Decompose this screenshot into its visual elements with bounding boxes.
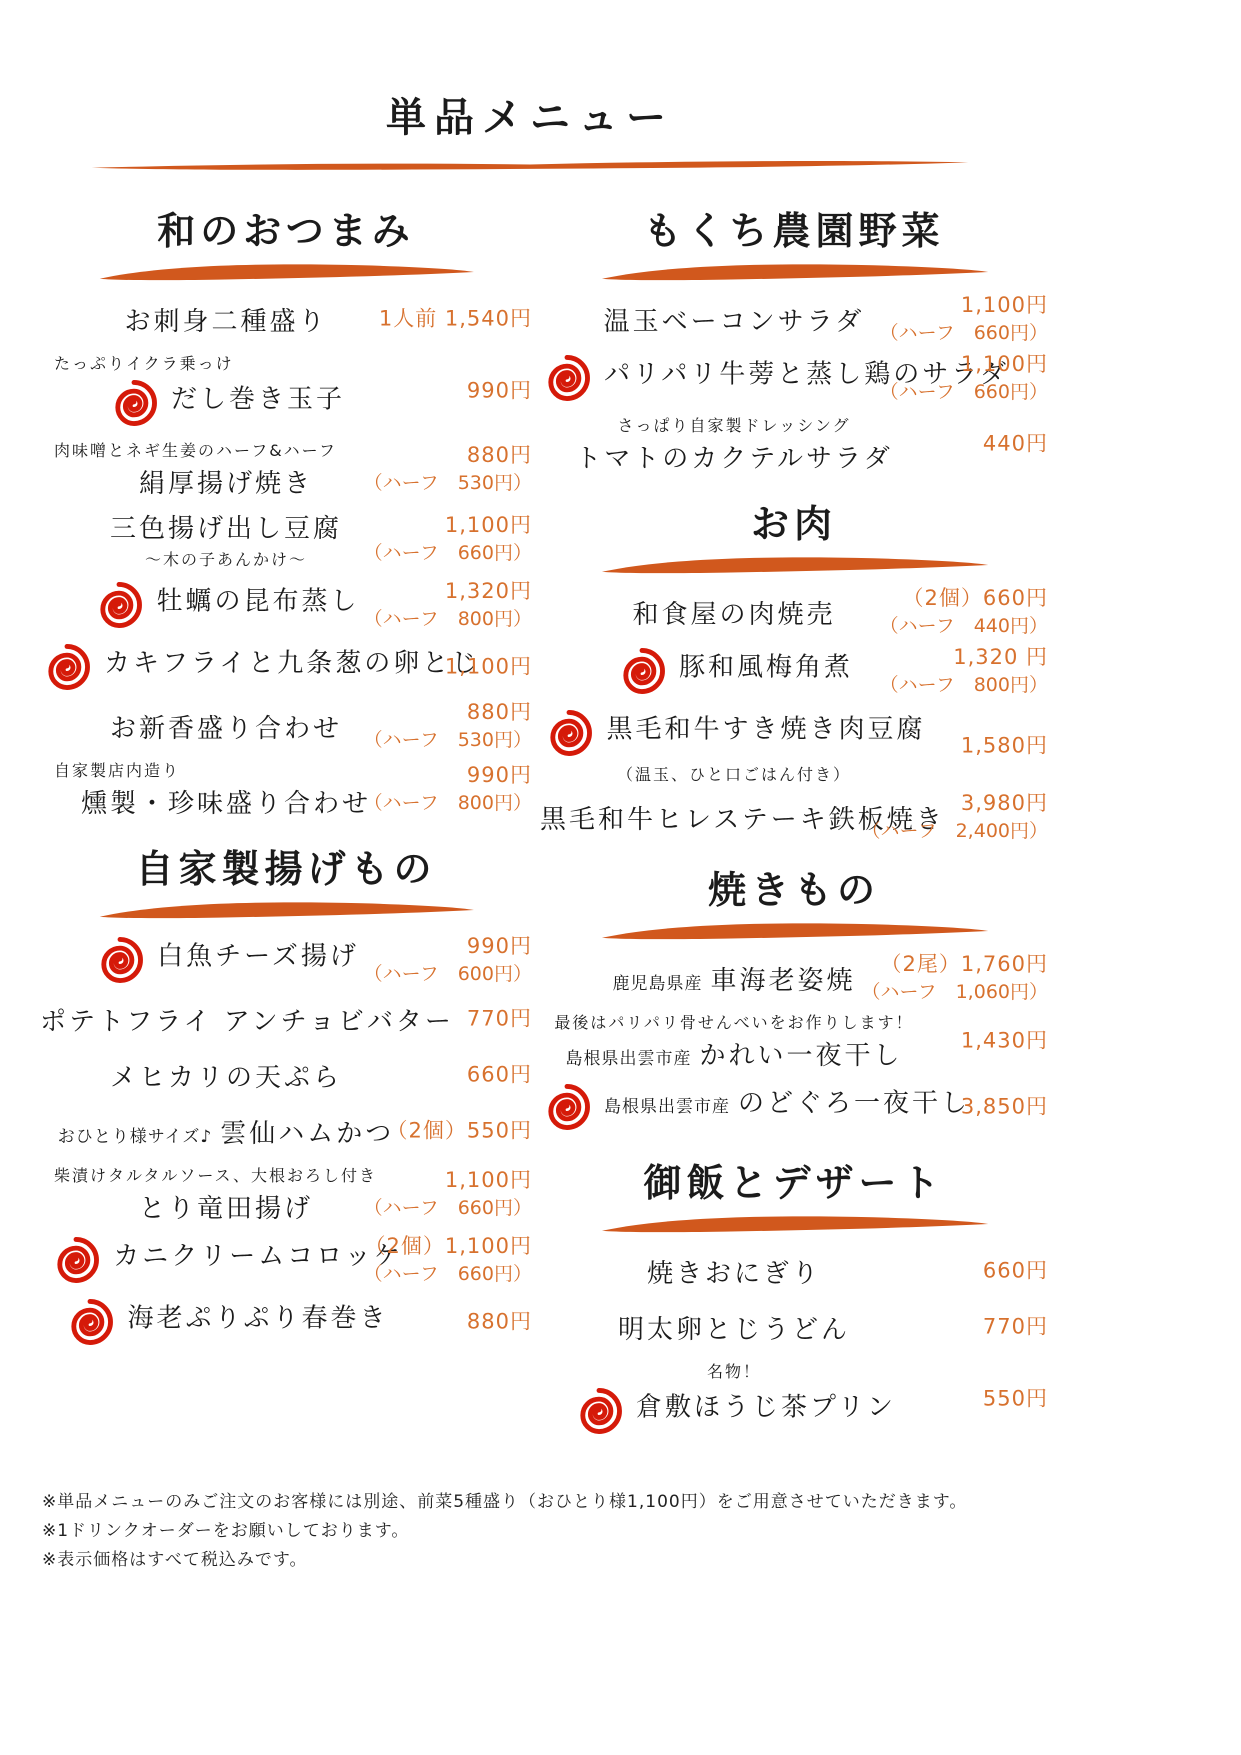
menu-item-row: 和食屋の肉焼売 （2個）660円（ハーフ 440円） [540,588,1048,636]
item-price: 660円 [983,1256,1048,1285]
item-price: （2個）1,100円 [364,1232,532,1261]
item-note: （温玉、ひと口ごはん付き） [540,762,1048,785]
item-note: たっぷりイクラ乗っけ [40,351,532,374]
spiral-icon [93,933,147,987]
item-price: 1,320円 [364,577,532,606]
item-half-price: （ハーフ 660円） [880,379,1048,406]
item-prefix: 鹿児島県産 [612,974,702,994]
item-prefix: おひとり様サイズ♪ [58,1127,213,1147]
footer-note-line: ※表示価格はすべて税込みです。 [42,1546,967,1575]
item-name: 牡蠣の昆布蒸し [156,587,359,617]
item-half-price: （ハーフ 660円） [364,1261,532,1288]
menu-item-row: 名物！ 倉敷ほうじ茶プリン 550円 [540,1359,1048,1438]
spiral-icon [615,644,669,698]
item-name: 雲仙ハムかつ [220,1119,394,1149]
item-name: カニクリームコロッケ [113,1242,402,1272]
spiral-icon [63,1295,117,1349]
menu-item-row: 島根県出雲市産のどぐろ一夜干し 3,850円 [540,1080,1048,1134]
item-name: トマトのカクテルサラダ [575,444,892,474]
item-name: 温玉ベーコンサラダ [604,307,865,337]
item-price: 1,580円 [961,731,1048,760]
item-half-price: （ハーフ 530円） [364,470,532,497]
spiral-icon [107,376,161,430]
item-name: メヒカリの天ぷら [110,1063,342,1093]
item-half-price: （ハーフ 1,060円） [862,979,1048,1006]
item-name: 豚和風梅角煮 [679,653,853,683]
item-half-price: （ハーフ 530円） [364,727,532,754]
section-heading-gohan-to-dessert: 御飯とデザート [540,1152,1048,1207]
menu-item-row: 黒毛和牛ヒレステーキ鉄板焼き 3,980円（ハーフ 2,400円） [540,793,1048,841]
item-name: 黒毛和牛すき焼き肉豆腐 [606,715,925,745]
item-name: のどぐろ一夜干し [738,1089,970,1119]
menu-item-row: カニクリームコロッケ （2個）1,100円（ハーフ 660円） [40,1233,532,1287]
item-name: だし巻き玉子 [171,385,345,415]
item-note: 名物！ [540,1359,1048,1382]
section-brush-stroke [596,261,992,283]
menu-item-row: 白魚チーズ揚げ 990円（ハーフ 600円） [40,933,532,987]
menu-item-row: 最後はパリパリ骨せんべいをお作りします！ 島根県出雲市産かれい一夜干し 1,43… [540,1010,1048,1072]
item-price: 1,100円 [880,350,1048,379]
item-price: 1,100円 [364,1166,532,1195]
menu-item-row: 温玉ベーコンサラダ 1,100円（ハーフ 660円） [540,295,1048,343]
menu-item-row: お刺身二種盛り 1人前 1,540円 [40,295,532,343]
menu-item-row: カキフライと九条葱の卵とじ 1,100円 [40,640,532,694]
section-brush-stroke [596,554,992,576]
menu-item-row: 豚和風梅角煮 1,320 円（ハーフ 800円） [540,644,1048,698]
item-note: さっぱり自家製ドレッシング [540,413,1048,436]
section-heading-mokuchi-nouen-yasai: もくち農園野菜 [540,200,1048,255]
item-price: 990円 [364,761,532,790]
menu-item-row: パリパリ牛蒡と蒸し鶏のサラダ 1,100円（ハーフ 660円） [540,351,1048,405]
item-half-price: （ハーフ 800円） [880,672,1048,699]
item-price: 1,100円 [445,652,532,681]
spiral-icon [542,706,596,760]
item-name: かれい一夜干し [699,1041,902,1071]
left-column: 和のおつまみ お刺身二種盛り 1人前 1,540円 たっぷりイクラ乗っけ だし巻… [40,182,532,1446]
item-name: お刺身二種盛り [124,307,327,337]
menu-item-row: 焼きおにぎり 660円 [540,1247,1048,1295]
item-name: ポテトフライ アンチョビバター [40,1007,454,1037]
item-name: 絹厚揚げ焼き [139,469,313,499]
item-name: 明太卵とじうどん [618,1315,850,1345]
section-heading-yakimono: 焼きもの [540,859,1048,914]
menu-item-row: 牡蠣の昆布蒸し 1,320円（ハーフ 800円） [40,578,532,632]
spiral-icon [540,1080,594,1134]
spiral-icon [572,1384,626,1438]
section-heading-oniku: お肉 [540,493,1048,548]
item-half-price: （ハーフ 800円） [364,790,532,817]
menu-item-row: 明太卵とじうどん 770円 [540,1303,1048,1351]
item-price: 770円 [983,1312,1048,1341]
menu-header: 単品メニュー [30,0,1030,172]
section-brush-stroke [596,1213,992,1235]
item-price: 880円 [364,698,532,727]
section-brush-stroke [596,920,992,942]
item-name: 海老ぷりぷり春巻き [127,1304,388,1334]
spiral-icon [49,1233,103,1287]
item-name: 和食屋の肉焼売 [632,600,835,630]
menu-item-row: メヒカリの天ぷら 660円 [40,1051,532,1099]
footer-note-line: ※1ドリンクオーダーをお願いしております。 [42,1517,967,1546]
item-name: 三色揚げ出し豆腐 [110,514,342,544]
footer-note-line: ※単品メニューのみご注文のお客様には別途、前菜5種盛り（おひとり様1,100円）… [42,1488,967,1517]
item-price: 1,100円 [364,511,532,540]
item-half-price: （ハーフ 600円） [364,961,532,988]
item-prefix: 島根県出雲市産 [565,1049,691,1069]
section-brush-stroke [94,899,478,921]
page-title: 単品メニュー [30,86,1030,143]
item-price: （2個）660円 [880,584,1048,613]
spiral-icon [540,351,594,405]
item-price: 440円 [983,429,1048,458]
menu-item-row: たっぷりイクラ乗っけ だし巻き玉子 990円 [40,351,532,430]
spiral-icon [92,578,146,632]
item-price: 3,980円 [862,789,1048,818]
item-name: とり竜田揚げ [139,1194,313,1224]
menu-item-row: お新香盛り合わせ 880円（ハーフ 530円） [40,702,532,750]
menu-item-row: 柴漬けタルタルソース、大根おろし付き とり竜田揚げ 1,100円（ハーフ 660… [40,1163,532,1225]
item-prefix: 島根県出雲市産 [604,1097,730,1117]
item-price: 990円 [467,376,532,405]
menu-item-row: さっぱり自家製ドレッシング トマトのカクテルサラダ 440円 [540,413,1048,475]
item-name: 白魚チーズ揚げ [157,942,359,972]
item-price: （2尾）1,760円 [862,950,1048,979]
section-heading-wa-no-otsumami: 和のおつまみ [40,200,532,255]
item-name: 倉敷ほうじ茶プリン [636,1393,896,1423]
item-price: （2個）550円 [387,1116,532,1145]
menu-item-row: 黒毛和牛すき焼き肉豆腐 （温玉、ひと口ごはん付き） 1,580円 [540,706,1048,785]
item-price: 880円 [467,1307,532,1336]
menu-item-row: 海老ぷりぷり春巻き 880円 [40,1295,532,1349]
item-price: 660円 [467,1060,532,1089]
menu-item-row: ポテトフライ アンチョビバター 770円 [40,995,532,1043]
item-half-price: （ハーフ 800円） [364,606,532,633]
menu-item-row: 肉味噌とネギ生姜のハーフ&ハーフ 絹厚揚げ焼き 880円（ハーフ 530円） [40,438,532,500]
menu-item-row: おひとり様サイズ♪雲仙ハムかつ （2個）550円 [40,1107,532,1155]
item-name: 車海老姿焼 [710,966,855,996]
item-price: 770円 [467,1004,532,1033]
item-half-price: （ハーフ 440円） [880,613,1048,640]
item-price: 1人前 1,540円 [379,304,532,333]
item-half-price: （ハーフ 660円） [880,320,1048,347]
section-brush-stroke [94,261,478,283]
item-price: 1,100円 [880,291,1048,320]
spiral-icon [40,640,94,694]
item-price: 1,430円 [961,1026,1048,1055]
item-name: お新香盛り合わせ [110,714,342,744]
item-half-price: （ハーフ 660円） [364,540,532,567]
item-name: 焼きおにぎり [647,1259,821,1289]
footer-notes: ※単品メニューのみご注文のお客様には別途、前菜5種盛り（おひとり様1,100円）… [42,1488,967,1575]
item-name: カキフライと九条葱の卵とじ [104,649,480,679]
right-column: もくち農園野菜 温玉ベーコンサラダ 1,100円（ハーフ 660円） パリパリ牛… [540,182,1048,1446]
menu-page: 単品メニュー 和のおつまみ お刺身二種盛り 1人前 1,540円 たっぷりイクラ… [0,0,1241,1755]
title-underline-brush [90,157,970,172]
item-price: 880円 [364,441,532,470]
item-half-price: （ハーフ 2,400円） [862,818,1048,845]
menu-item-row: 三色揚げ出し豆腐 ～木の子あんかけ～ 1,100円（ハーフ 660円） [40,508,532,570]
section-heading-jikasei-agemono: 自家製揚げもの [40,838,532,893]
item-price: 550円 [983,1384,1048,1413]
menu-item-row: 鹿児島県産車海老姿焼 （2尾）1,760円（ハーフ 1,060円） [540,954,1048,1002]
item-price: 3,850円 [961,1092,1048,1121]
item-price: 1,320 円 [880,643,1048,672]
menu-columns: 和のおつまみ お刺身二種盛り 1人前 1,540円 たっぷりイクラ乗っけ だし巻… [40,182,1241,1446]
item-price: 990円 [364,932,532,961]
item-half-price: （ハーフ 660円） [364,1195,532,1222]
item-name: 燻製・珍味盛り合わせ [81,789,371,819]
menu-item-row: 自家製店内造り 燻製・珍味盛り合わせ 990円（ハーフ 800円） [40,758,532,820]
